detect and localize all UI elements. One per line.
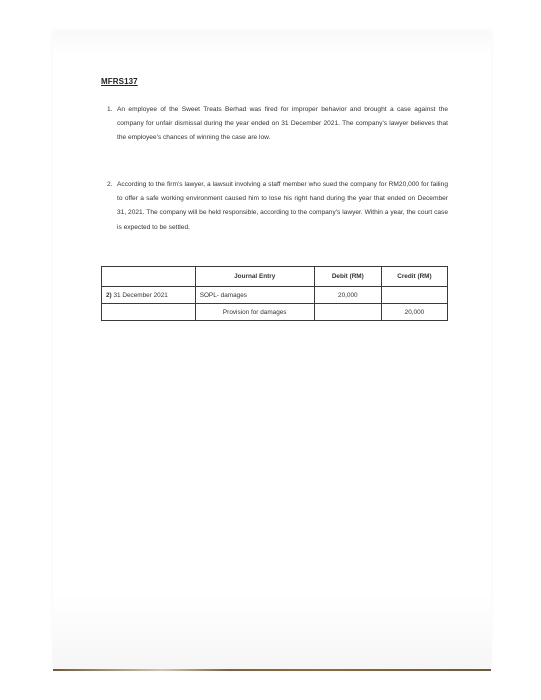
- debit-cell: 20,000: [314, 287, 381, 304]
- paper-bottom-edge: [53, 669, 491, 671]
- credit-cell: [381, 287, 447, 304]
- entry-date: 31 December 2021: [113, 292, 167, 299]
- table-row: Provision for damages 20,000: [102, 304, 448, 321]
- date-cell: 2) 31 December 2021: [102, 287, 196, 304]
- header-cell-journal-entry: Journal Entry: [195, 267, 314, 287]
- debit-cell: [314, 304, 381, 321]
- item-text: An employee of the Sweet Treats Berhad w…: [117, 106, 448, 141]
- item-text: According to the firm's lawyer, a lawsui…: [117, 181, 448, 231]
- date-cell: [102, 304, 196, 321]
- question-item-2: 2. According to the firm's lawyer, a law…: [117, 178, 448, 235]
- entry-cell: SOPL- damages: [195, 287, 314, 304]
- table-row: 2) 31 December 2021 SOPL- damages 20,000: [102, 287, 448, 304]
- question-item-1: 1. An employee of the Sweet Treats Berha…: [117, 103, 448, 146]
- journal-entry-table: Journal Entry Debit (RM) Credit (RM) 2) …: [101, 266, 448, 321]
- entry-cell: Provision for damages: [195, 304, 314, 321]
- header-cell-blank: [102, 267, 196, 287]
- item-number: 2.: [107, 178, 113, 192]
- item-number: 1.: [107, 103, 113, 117]
- header-cell-credit: Credit (RM): [381, 267, 447, 287]
- table-header-row: Journal Entry Debit (RM) Credit (RM): [102, 267, 448, 287]
- header-cell-debit: Debit (RM): [314, 267, 381, 287]
- entry-ref: 2): [106, 292, 112, 299]
- section-heading: MFRS137: [101, 77, 138, 86]
- credit-cell: 20,000: [381, 304, 447, 321]
